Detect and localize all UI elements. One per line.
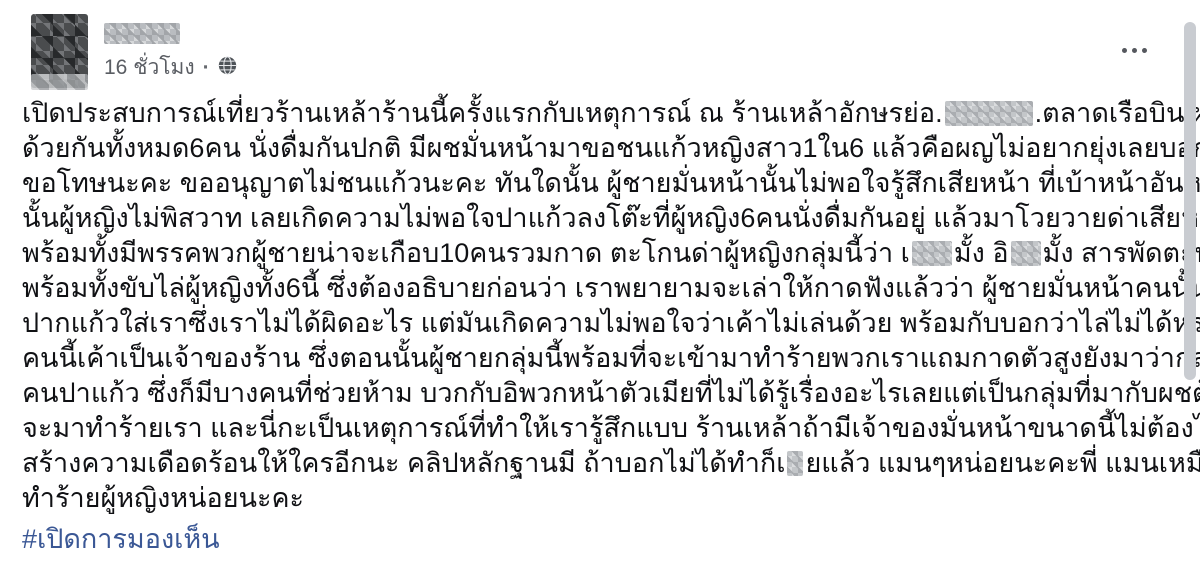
avatar[interactable] [31, 14, 88, 88]
text-segment: คนนี้เค้าเป็นเจ้าของร้าน ซึ่งตอนนั้นผู้ช… [22, 343, 1200, 373]
censored-blur [787, 451, 803, 476]
post-text-line: เปิดประสบการณ์เที่ยวร้านเหล้าร้านนี้ครั้… [22, 96, 1180, 131]
meta-separator: · [203, 56, 210, 80]
text-segment: นั้นผู้หญิงไม่พิสวาท เลยเกิดความไม่พอใจป… [22, 203, 1200, 233]
hashtag-link[interactable]: #เปิดการมองเห็น [22, 522, 220, 557]
author-name-censored[interactable] [104, 23, 180, 44]
scrollbar-thumb[interactable] [1184, 22, 1196, 380]
globe-public-icon [218, 56, 237, 81]
text-segment: ขอโทษนะคะ ขออนุญาตไม่ชนแก้วนะคะ ทันใดนั้… [22, 168, 1200, 198]
post-text-line: ปากแก้วใส่เราซึ่งเราไม่ได้ผิดอะไร แต่มัน… [22, 306, 1180, 341]
text-segment: .ตลาดเรือบิน ผญไปเที่ยว [1035, 98, 1200, 128]
post-options-button[interactable] [1108, 34, 1160, 66]
censored-blur [912, 241, 952, 266]
text-segment: ปากแก้วใส่เราซึ่งเราไม่ได้ผิดอะไร แต่มัน… [22, 308, 1200, 338]
text-segment: มั้ง สารพัดตะบดคำด่า [1043, 238, 1200, 268]
post-text-line: พร้อมทั้งมีพรรคพวกผู้ชายน่าจะเกือบ10คนรว… [22, 236, 1180, 271]
text-segment: ทำร้ายผู้หญิงหน่อยนะคะ [22, 483, 304, 513]
text-segment: พร้อมทั้งมีพรรคพวกผู้ชายน่าจะเกือบ10คนรว… [22, 238, 910, 268]
post-text-line: ด้วยกันทั้งหมด6คน นั่งดื่มกันปกติ มีผชมั… [22, 131, 1180, 166]
post-text-line: จะมาทำร้ายเรา และนี่กะเป็นเหตุการณ์ที่ทำ… [22, 411, 1180, 446]
post-text-line: ทำร้ายผู้หญิงหน่อยนะคะ [22, 481, 1180, 516]
timestamp-link[interactable]: 16 ชั่วโมง [104, 51, 195, 84]
text-segment: สร้างความเดือดร้อนให้ใครอีกนะ คลิปหลักฐา… [22, 448, 785, 478]
post-text-line: พร้อมทั้งขับไล่ผู้หญิงทั้ง6นี้ ซึ่งต้องอ… [22, 271, 1180, 306]
text-segment: เปิดประสบการณ์เที่ยวร้านเหล้าร้านนี้ครั้… [22, 98, 943, 128]
text-segment: มั้ง อิ [954, 238, 1009, 268]
facebook-post: 16 ชั่วโมง · เปิดประสบการณ์เที่ยวร้านเหล… [0, 0, 1200, 568]
censored-blur [1011, 241, 1041, 266]
text-segment: คนปาแก้ว ซึ่งก็มีบางคนที่ช่วยห้าม บวกกับ… [22, 378, 1200, 408]
post-text: เปิดประสบการณ์เที่ยวร้านเหล้าร้านนี้ครั้… [22, 96, 1180, 516]
text-segment: ยแล้ว แมนๆหน่อยนะคะพี่ แมนเหมือนตอน [805, 448, 1200, 478]
post-text-line: นั้นผู้หญิงไม่พิสวาท เลยเกิดความไม่พอใจป… [22, 201, 1180, 236]
text-segment: พร้อมทั้งขับไล่ผู้หญิงทั้ง6นี้ ซึ่งต้องอ… [22, 273, 1200, 303]
post-meta: 16 ชั่วโมง · [104, 51, 237, 84]
censored-blur [945, 101, 1033, 126]
post-text-line: คนปาแก้ว ซึ่งก็มีบางคนที่ช่วยห้าม บวกกับ… [22, 376, 1180, 411]
ellipsis-icon [1122, 48, 1127, 53]
post-text-line: สร้างความเดือดร้อนให้ใครอีกนะ คลิปหลักฐา… [22, 446, 1180, 481]
post-text-line: ขอโทษนะคะ ขออนุญาตไม่ชนแก้วนะคะ ทันใดนั้… [22, 166, 1180, 201]
text-segment: จะมาทำร้ายเรา และนี่กะเป็นเหตุการณ์ที่ทำ… [22, 413, 1200, 443]
post-text-line: คนนี้เค้าเป็นเจ้าของร้าน ซึ่งตอนนั้นผู้ช… [22, 341, 1180, 376]
text-segment: ด้วยกันทั้งหมด6คน นั่งดื่มกันปกติ มีผชมั… [22, 133, 1200, 163]
